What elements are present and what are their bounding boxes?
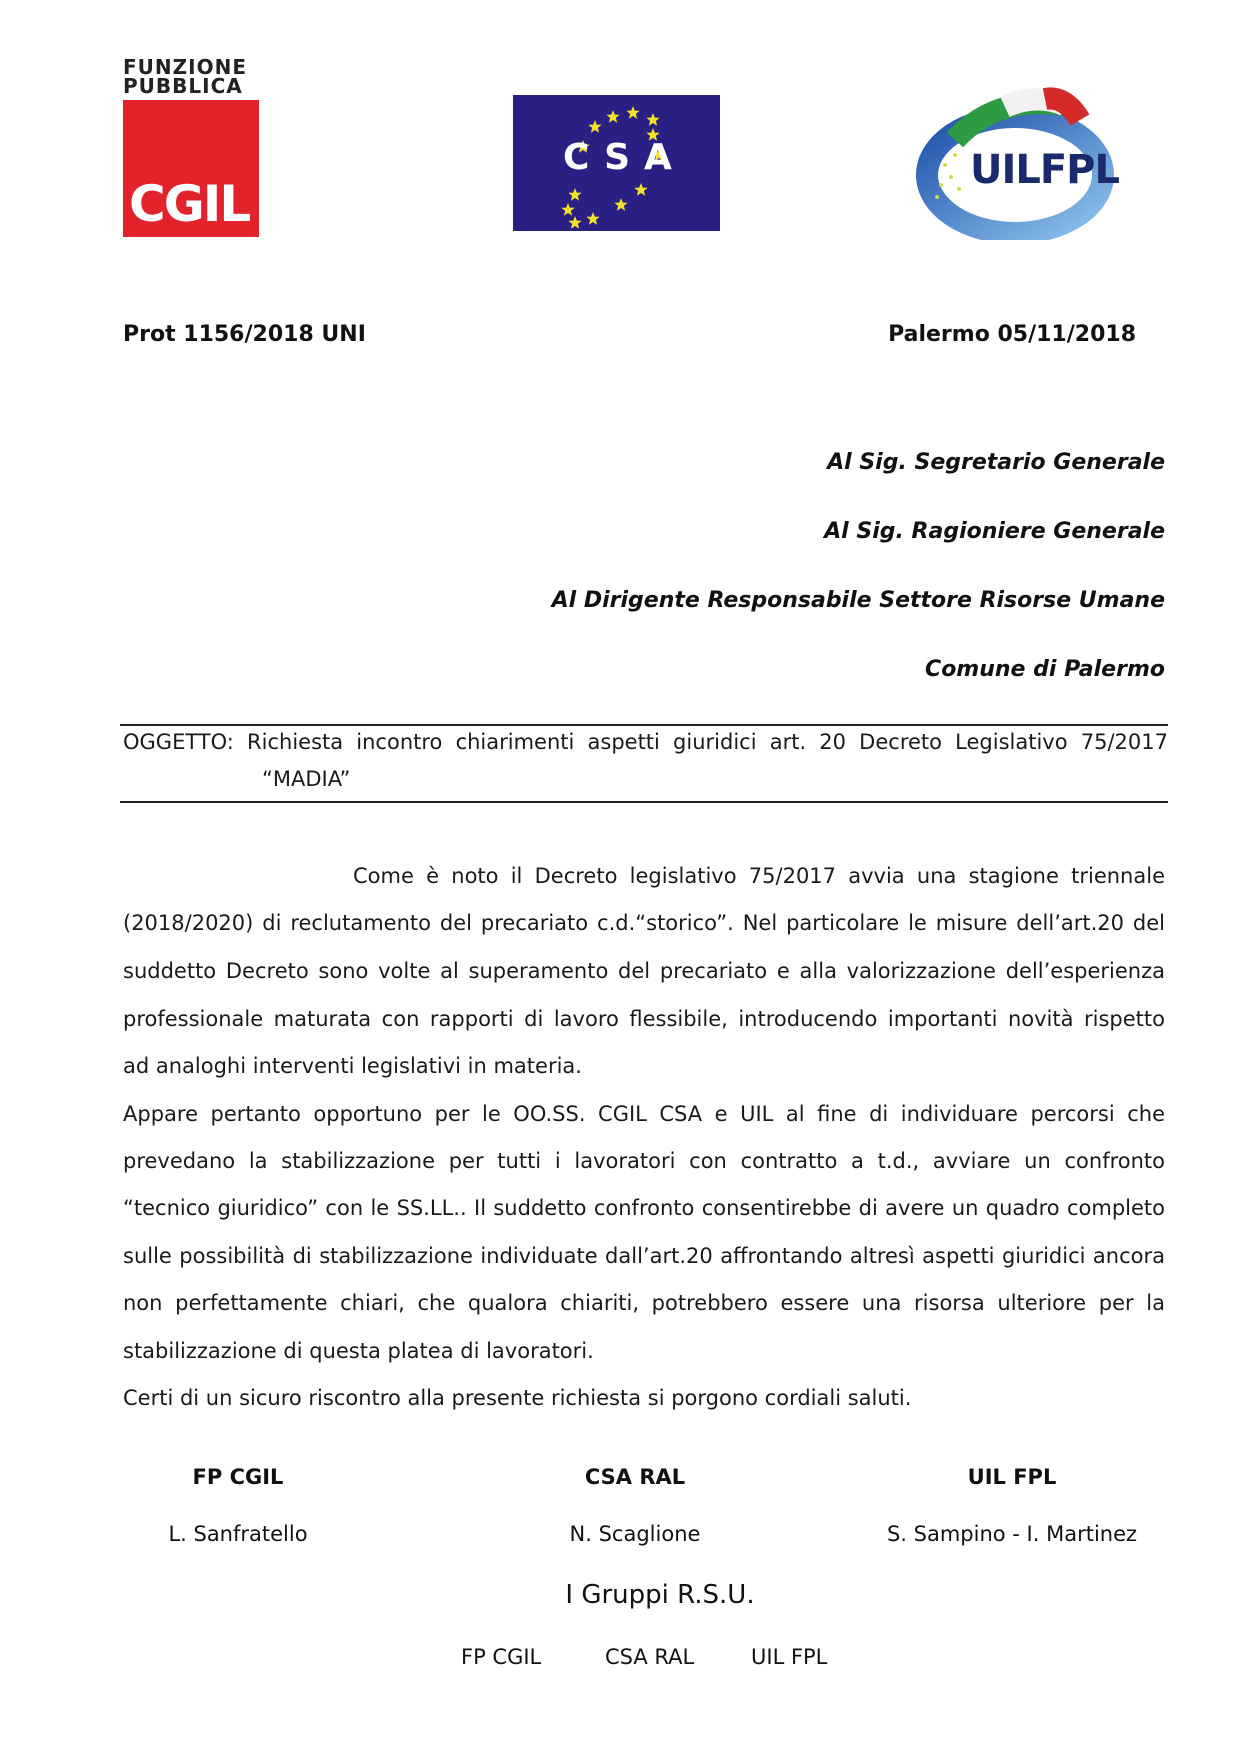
place-date: Palermo 05/11/2018 xyxy=(888,322,1136,347)
signature-org-fp-cgil: FP CGIL xyxy=(88,1465,388,1489)
signature-org-uil-fpl: UIL FPL xyxy=(862,1465,1162,1489)
body-line: non perfettamente chiari, che qualora ch… xyxy=(123,1291,1165,1315)
signature-name-csa-ral: N. Scaglione xyxy=(465,1522,805,1546)
subject-bottom-rule xyxy=(120,801,1168,803)
recipient-dirigente: Al Dirigente Responsabile Settore Risors… xyxy=(552,588,1165,613)
rsu-group-csa-ral: CSA RAL xyxy=(605,1645,694,1669)
uilfpl-logo: UILFPL xyxy=(915,85,1137,240)
subject-line-continuation: “MADIA” xyxy=(262,767,350,791)
rsu-group-fp-cgil: FP CGIL xyxy=(461,1645,541,1669)
body-line: stabilizzazione di questa platea di lavo… xyxy=(123,1339,1165,1363)
recipient-comune: Comune di Palermo xyxy=(925,657,1165,682)
uilfpl-logo-text: UILFPL xyxy=(970,147,1119,193)
signature-name-uil-fpl: S. Sampino - I. Martinez xyxy=(842,1522,1182,1546)
signature-org-csa-ral: CSA RAL xyxy=(485,1465,785,1489)
cgil-logo-line2: PUBBLICA xyxy=(123,77,259,96)
body-line: suddetto Decreto sono volte al superamen… xyxy=(123,959,1165,983)
recipient-ragioniere: Al Sig. Ragioniere Generale xyxy=(824,519,1165,544)
body-line: ad analoghi interventi legislativi in ma… xyxy=(123,1054,1165,1078)
subject-top-rule xyxy=(120,724,1168,726)
body-line: Appare pertanto opportuno per le OO.SS. … xyxy=(123,1102,1165,1126)
recipient-segretario: Al Sig. Segretario Generale xyxy=(827,450,1165,475)
protocol-number: Prot 1156/2018 UNI xyxy=(123,322,366,347)
fp-cgil-logo: FUNZIONE PUBBLICA CGIL xyxy=(123,58,259,238)
body-line: Come è noto il Decreto legislativo 75/20… xyxy=(353,864,1165,888)
body-line: prevedano la stabilizzazione per tutti i… xyxy=(123,1149,1165,1173)
body-line: Certi di un sicuro riscontro alla presen… xyxy=(123,1386,1165,1410)
cgil-logo-red-box: CGIL xyxy=(123,100,259,237)
body-line: professionale maturata con rapporti di l… xyxy=(123,1007,1165,1031)
csa-logo-text: CSA xyxy=(563,137,686,178)
body-line: sulle possibilità di stabilizzazione ind… xyxy=(123,1244,1165,1268)
cgil-logo-text: CGIL xyxy=(129,175,249,233)
body-line: “tecnico giuridico” con le SS.LL.. Il su… xyxy=(123,1196,1165,1220)
rsu-groups-title: I Gruppi R.S.U. xyxy=(420,1580,900,1610)
csa-logo: CSA xyxy=(513,95,720,231)
body-line: (2018/2020) di reclutamento del precaria… xyxy=(123,911,1165,935)
subject-line: OGGETTO: Richiesta incontro chiarimenti … xyxy=(123,730,1168,754)
signature-name-fp-cgil: L. Sanfratello xyxy=(68,1522,408,1546)
rsu-group-uil-fpl: UIL FPL xyxy=(751,1645,827,1669)
